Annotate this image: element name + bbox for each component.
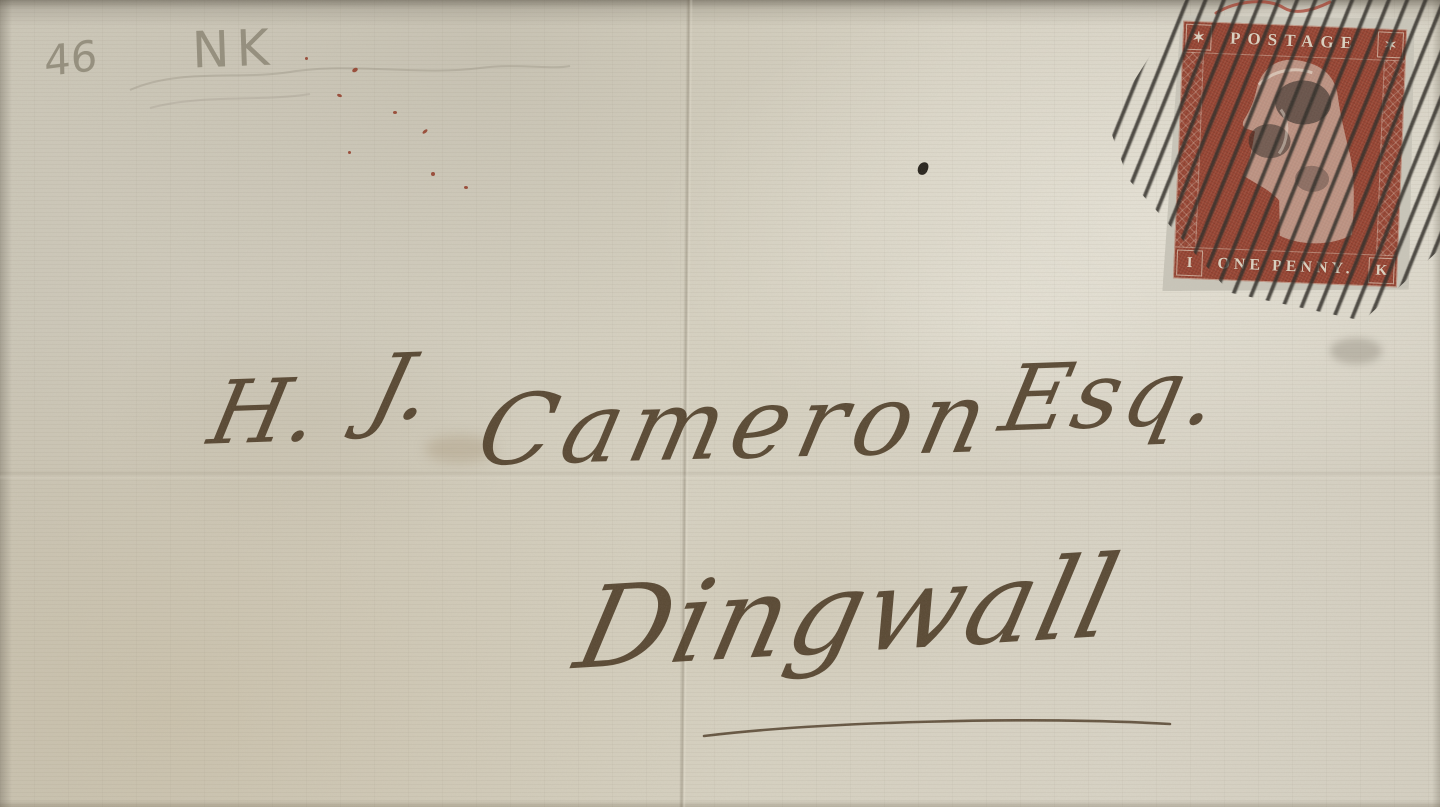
address-surname: Cameron: [469, 369, 1003, 480]
pencil-initials: NK: [191, 19, 277, 80]
red-speck: [348, 151, 351, 154]
red-speck: [431, 172, 435, 176]
address-town: Dingwall: [567, 540, 1130, 686]
pencil-number: 46: [44, 31, 98, 87]
address-underline-flourish: [698, 712, 1178, 744]
red-speck: [393, 111, 397, 114]
red-speck: [305, 57, 308, 60]
erased-pencil-marks: [120, 50, 580, 120]
envelope-front: 46 NK H. J. Cameron Esq. Dingwall: [0, 0, 1440, 807]
address-honorific: Esq.: [993, 346, 1229, 445]
address-first-initial: H.: [202, 366, 326, 458]
